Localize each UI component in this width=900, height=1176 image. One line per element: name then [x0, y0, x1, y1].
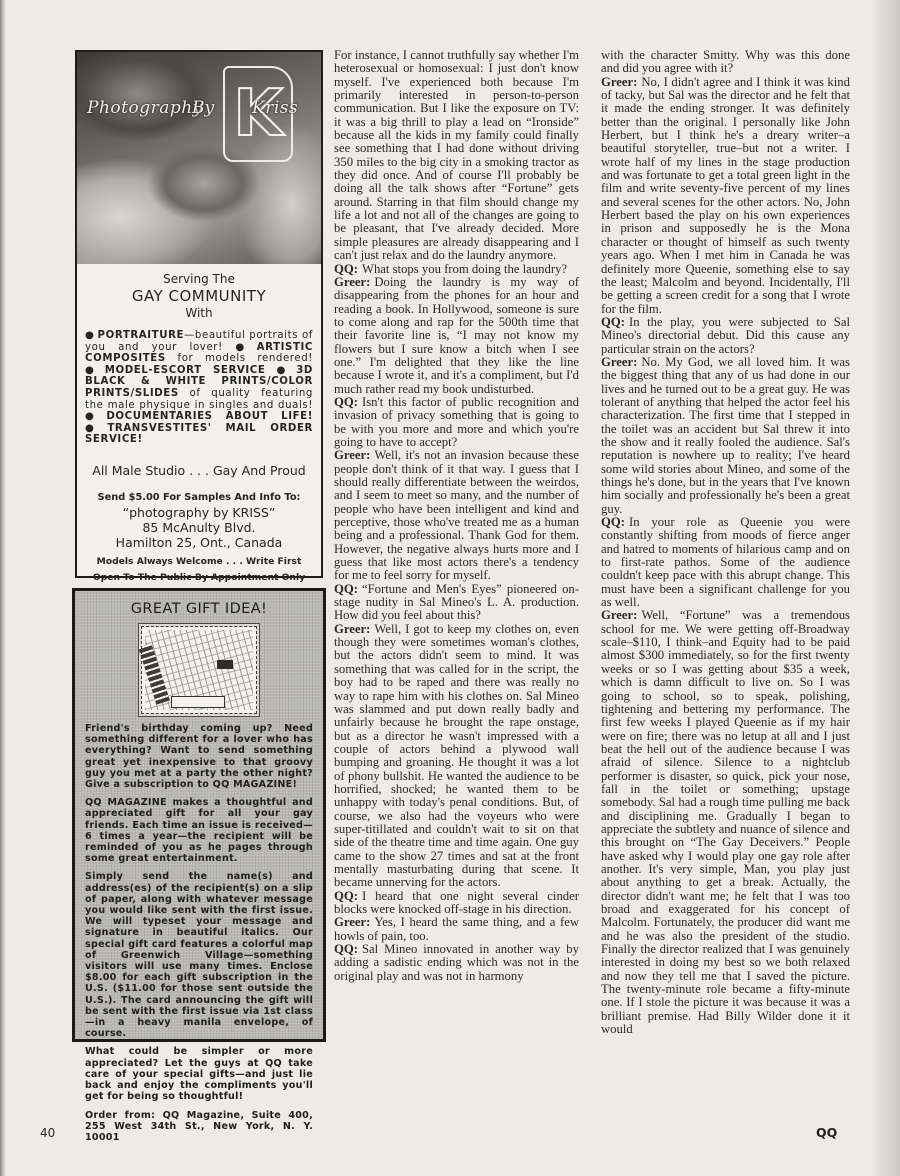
article-paragraph: QQ:I heard that one night several cinder… — [334, 890, 579, 917]
article-column-middle: For instance, I cannot truthfully say wh… — [334, 49, 579, 983]
ad-serving-text: Serving The — [85, 272, 313, 286]
ad-open-line: Open To The Public By Appointment Only — [85, 572, 313, 583]
ad-gift-copy: Friend's birthday coming up? Need someth… — [85, 723, 313, 1143]
page-number: 40 — [40, 1126, 55, 1140]
speaker-label: QQ: — [334, 395, 358, 409]
photo-script-kriss: Kriss — [252, 98, 298, 118]
map-border — [141, 626, 257, 714]
article-paragraph: For instance, I cannot truthfully say wh… — [334, 49, 579, 263]
article-paragraph: Greer:Well, “Fortune” was a tremendous s… — [601, 609, 850, 1036]
ad-gift-paragraph: Friend's birthday coming up? Need someth… — [85, 723, 313, 790]
bullet-icon: ● — [85, 411, 103, 422]
speaker-label: Greer: — [334, 448, 370, 462]
ad-photography-by-kriss: Photography By K Kriss Serving The GAY C… — [75, 50, 323, 578]
ad-gift-paragraph: QQ MAGAZINE makes a thoughtful and appre… — [85, 797, 313, 864]
page-binding-shadow — [0, 0, 6, 1176]
bullet-icon: ● — [85, 365, 102, 376]
speaker-label: Greer: — [334, 622, 370, 636]
greenwich-village-map-image — [138, 623, 260, 717]
speaker-label: Greer: — [334, 275, 370, 289]
speaker-label: Greer: — [601, 75, 637, 89]
ad-tagline: All Male Studio . . . Gay And Proud — [85, 463, 313, 478]
end-mark-qq: QQ — [816, 1125, 837, 1140]
speaker-label: QQ: — [601, 515, 625, 529]
address-line: 85 McAnulty Blvd. — [85, 520, 313, 535]
article-paragraph: QQ:In the play, you were subjected to Sa… — [601, 316, 850, 356]
ad-gift-title: GREAT GIFT IDEA! — [85, 601, 313, 617]
speaker-label: QQ: — [334, 582, 358, 596]
bullet-icon: ● — [235, 342, 253, 353]
bullet-icon: ● — [85, 423, 104, 434]
service-item: ●MODEL-ESCORT SERVICE — [85, 365, 265, 376]
article-paragraph: QQ:Sal Mineo innovated in another way by… — [334, 943, 579, 983]
ad-models-line: Models Always Welcome . . . Write First — [85, 556, 313, 567]
article-column-right: with the character Smitty. Why was this … — [601, 49, 850, 1036]
speaker-label: Greer: — [334, 915, 370, 929]
speaker-label: QQ: — [601, 315, 625, 329]
bullet-icon: ● — [277, 365, 294, 376]
speaker-label: QQ: — [334, 889, 358, 903]
ad-services-list: ●PORTRAITURE—beautiful portraits of you … — [85, 330, 313, 446]
article-paragraph: QQ:Isn't this factor of public recogniti… — [334, 396, 579, 449]
article-paragraph: Greer:Well, I got to keep my clothes on,… — [334, 623, 579, 890]
ad-with-text: With — [85, 306, 313, 320]
photo-script-photography: Photography — [87, 98, 203, 118]
ad-community-heading: GAY COMMUNITY — [85, 287, 313, 305]
article-paragraph: QQ:“Fortune and Men's Eyes” pioneered on… — [334, 583, 579, 623]
speaker-label: Greer: — [601, 355, 637, 369]
article-paragraph: Greer:Well, it's not an invasion because… — [334, 449, 579, 582]
article-paragraph: Greer:No. My God, we all loved him. It w… — [601, 356, 850, 516]
speaker-label: QQ: — [334, 942, 358, 956]
ad-great-gift-idea: GREAT GIFT IDEA! Friend's birthday comin… — [72, 588, 326, 1042]
ad-photo: Photography By K Kriss — [77, 52, 321, 264]
service-item: ●DOCUMENTARIES ABOUT LIFE! — [85, 411, 313, 422]
ad-gift-order-address: Order from: QQ Magazine, Suite 400, 255 … — [85, 1110, 313, 1144]
service-item: ●TRANSVESTITES' MAIL ORDER SERVICE! — [85, 423, 313, 446]
photo-script-by: By — [192, 98, 214, 118]
speaker-label: Greer: — [601, 608, 637, 622]
speaker-label: QQ: — [334, 262, 358, 276]
address-line: “photography by KRISS” — [85, 505, 313, 520]
article-paragraph: QQ:In your role as Queenie you were cons… — [601, 516, 850, 609]
ad-gift-paragraph: Simply send the name(s) and address(es) … — [85, 871, 313, 1039]
article-paragraph: Greer:Yes, I heard the same thing, and a… — [334, 916, 579, 943]
page-edge-shadow — [870, 0, 900, 1176]
ad-address: “photography by KRISS” 85 McAnulty Blvd.… — [85, 505, 313, 550]
bullet-icon: ● — [85, 330, 95, 341]
ad-gift-paragraph: What could be simpler or more appreciate… — [85, 1046, 313, 1102]
article-paragraph: with the character Smitty. Why was this … — [601, 49, 850, 76]
article-paragraph: QQ:What stops you from doing the laundry… — [334, 263, 579, 276]
article-paragraph: Greer:Doing the laundry is my way of dis… — [334, 276, 579, 396]
article-paragraph: Greer:No, I didn't agree and I think it … — [601, 76, 850, 316]
ad-send-line: Send $5.00 For Samples And Info To: — [85, 492, 313, 503]
address-line: Hamilton 25, Ont., Canada — [85, 535, 313, 550]
